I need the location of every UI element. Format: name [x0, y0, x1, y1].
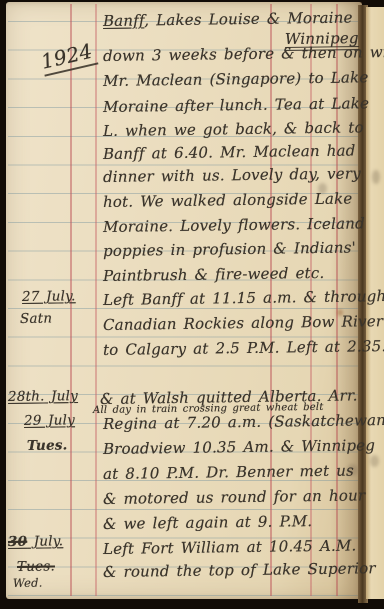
entry-date-30-num: 30 [8, 534, 27, 550]
entry-day-29-july: Tues. [27, 438, 68, 453]
diary-line: & motored us round for an hour [103, 487, 365, 507]
entry-date-30-rest: July. [27, 533, 63, 550]
diary-line: Mr. Maclean (Singapore) to Lake [103, 69, 369, 89]
entry-date-29-july: 29 July [24, 413, 75, 428]
header-place: Banff [103, 11, 144, 30]
diary-line: Canadian Rockies along Bow River [103, 313, 383, 333]
entry-day-30: Wed. [13, 577, 43, 590]
entry-day-27-july: Satn [20, 312, 52, 327]
entry-date-27-july: 27 July. [22, 289, 76, 304]
margin-line-left-2 [95, 4, 97, 596]
diary-line: & round the top of Lake Superior [103, 560, 376, 580]
diary-line: Paintbrush & fire-weed etc. [103, 265, 325, 284]
paper-stain [370, 455, 379, 467]
paper-stain [372, 170, 380, 184]
diary-line: Regina at 7.20 a.m. (Saskatchewan) [103, 412, 384, 432]
diary-line: Banff at 6.40. Mr. Maclean had [103, 142, 356, 162]
diary-line: L. when we got back, & back to [103, 119, 364, 139]
diary-line: dinner with us. Lovely day, very [103, 165, 361, 185]
diary-line: Moraine after lunch. Tea at Lake [103, 95, 369, 115]
diary-line: hot. We walked alongside Lake [103, 191, 353, 211]
entry-date-28-july: 28th. July [8, 389, 78, 405]
diary-line: & we left again at 9. P.M. [103, 513, 313, 532]
diary-line: poppies in profusion & Indians' [103, 239, 356, 259]
entry-date-30-july: 30 July. [8, 534, 63, 549]
header-title-rest: , Lakes Louise & Moraine [144, 9, 353, 30]
diary-line: to Calgary at 2.5 P.M. Left at 2.35. [103, 338, 384, 358]
diary-line: Broadview 10.35 Am. & Winnipeg [103, 437, 375, 457]
diary-line: Left Fort William at 10.45 A.M. [103, 537, 357, 557]
header-title: Banff, Lakes Louise & Moraine [103, 10, 353, 30]
diary-line: at 8.10 P.M. Dr. Benner met us [103, 462, 354, 482]
diary-line: down 3 weeks before & then on with [103, 44, 384, 64]
entry-day-30-struck: Tues. [17, 559, 55, 574]
diary-line: Moraine. Lovely flowers. Iceland [103, 215, 365, 235]
diary-line: Left Banff at 11.15 a.m. & through [103, 288, 384, 308]
photo-background: 1924 Banff, Lakes Louise & Moraine Winni… [0, 0, 384, 609]
